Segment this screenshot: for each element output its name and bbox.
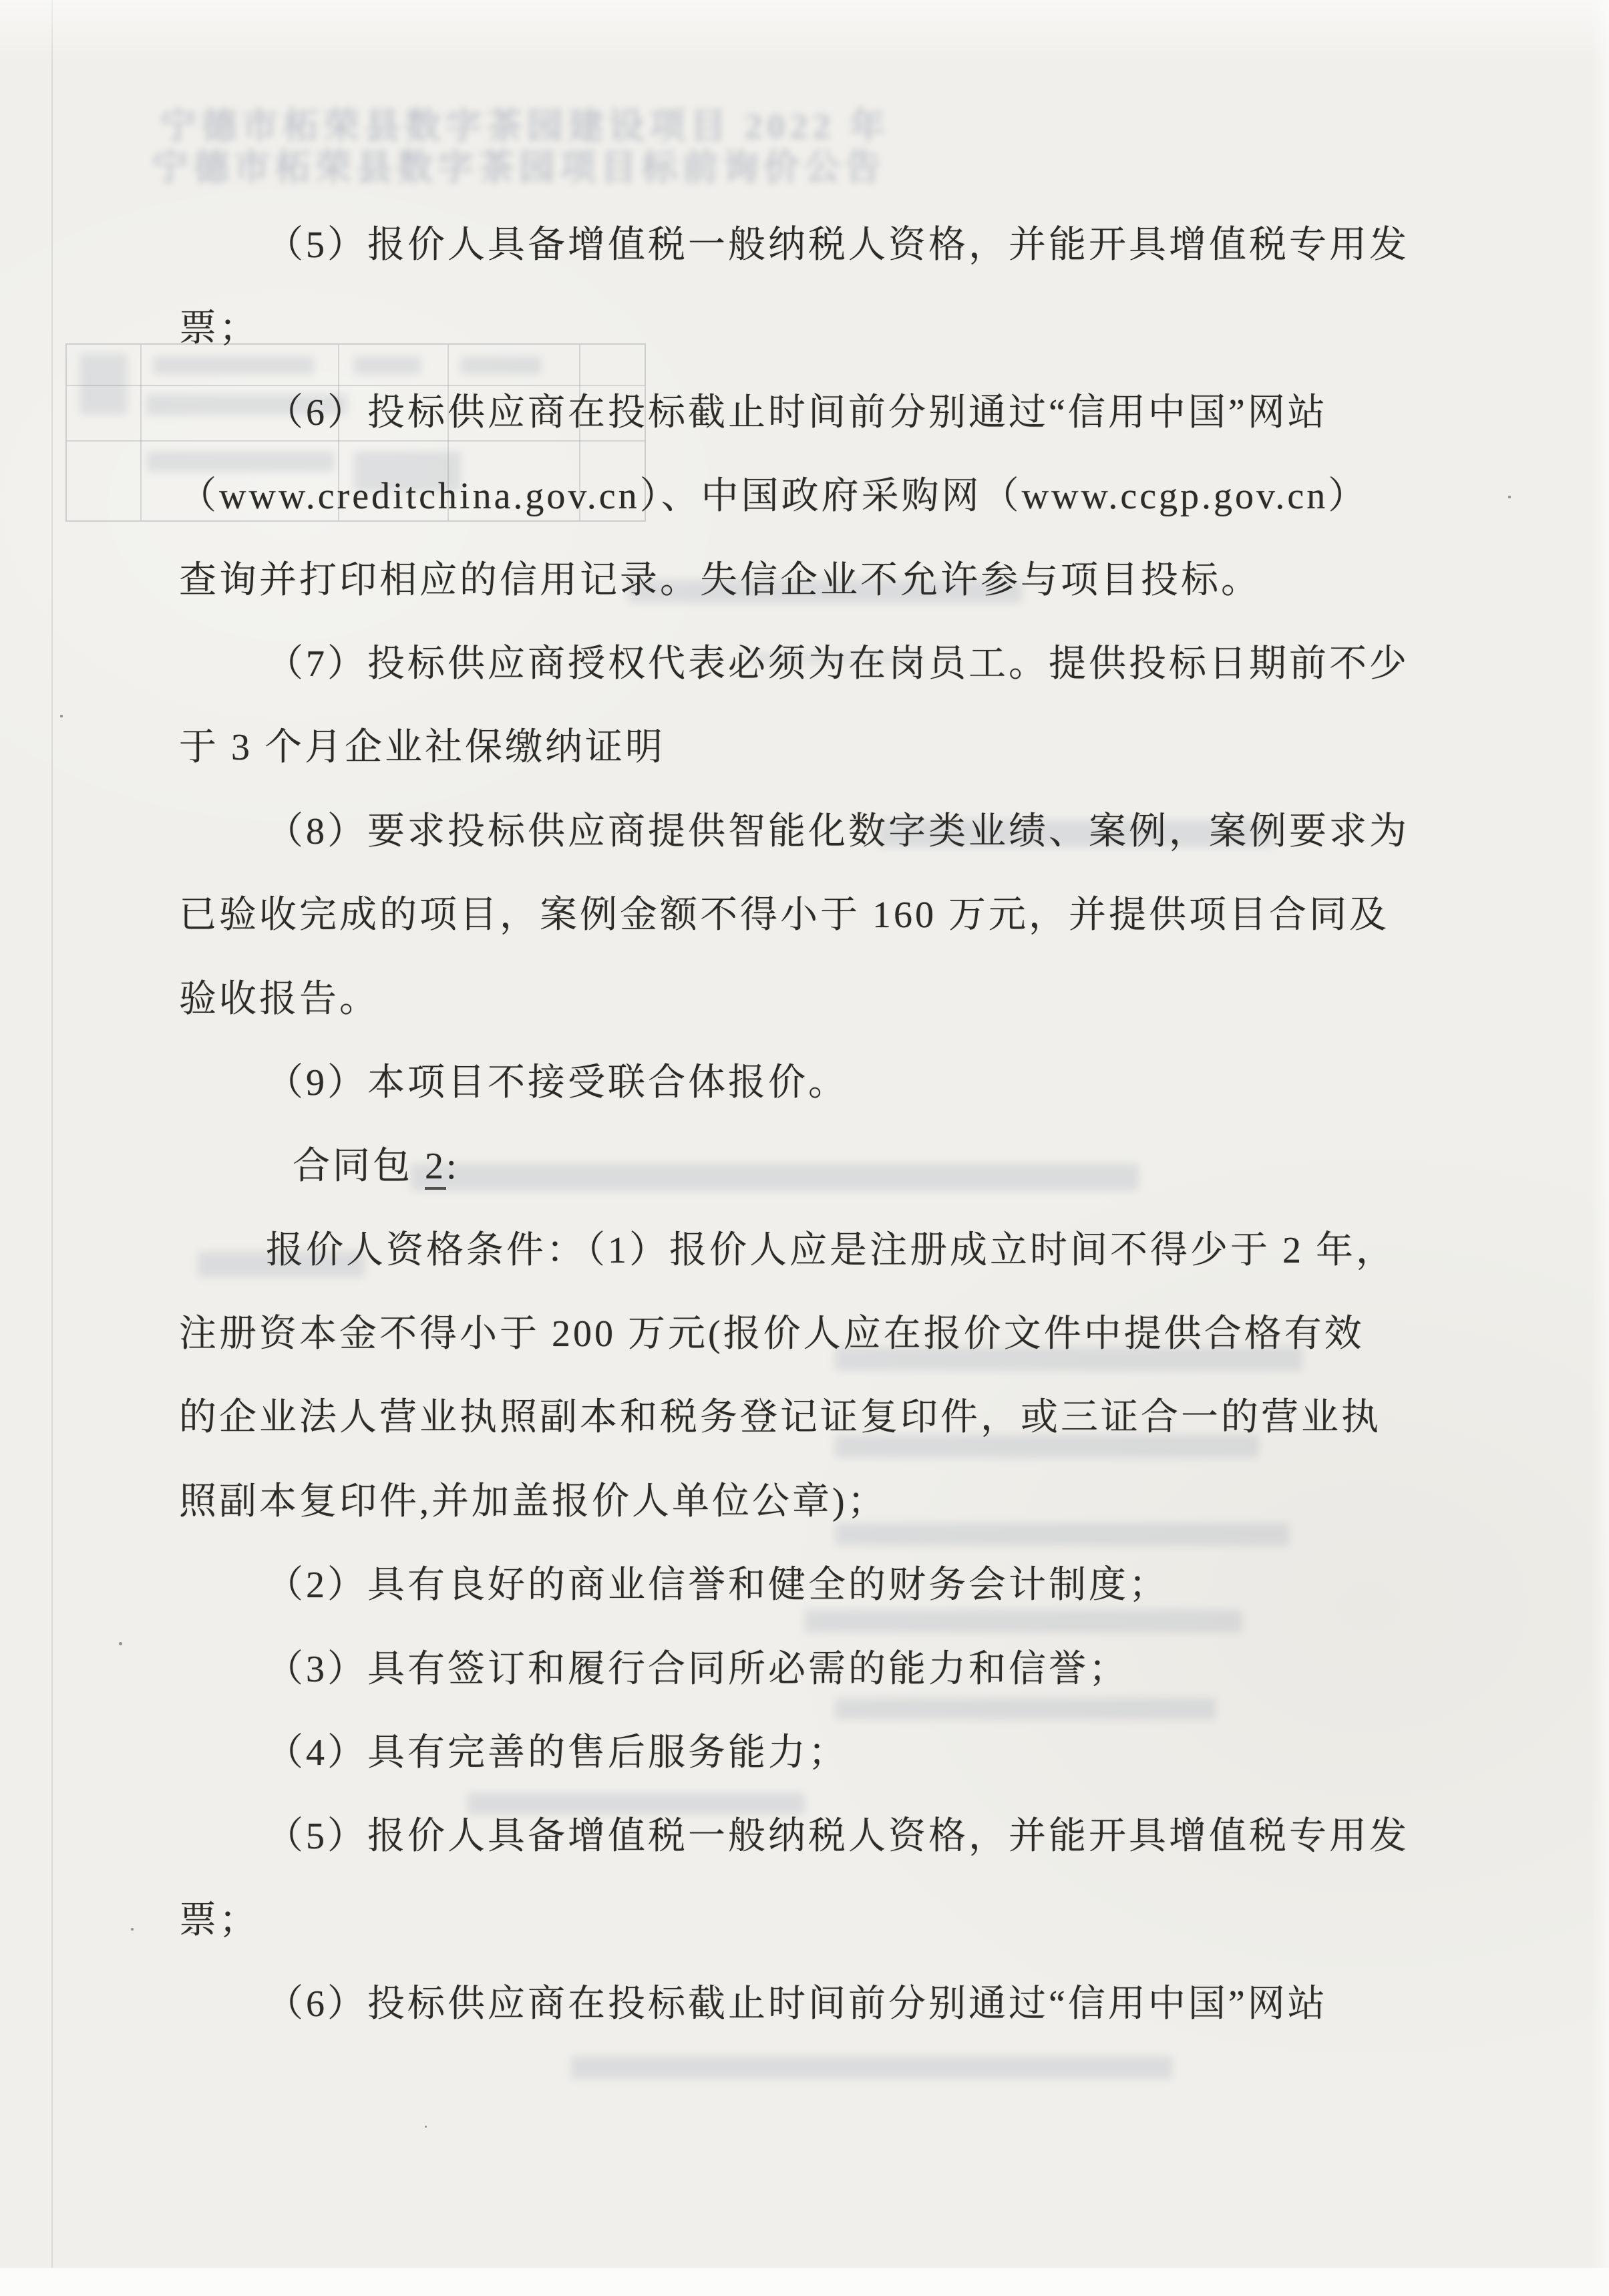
doc-line: （www.creditchina.gov.cn）、中国政府采购网（www.ccg… (179, 455, 1435, 538)
doc-line: 已验收完成的项目，案例金额不得小于 160 万元，并提供项目合同及 (179, 874, 1435, 957)
scan-speck (1508, 496, 1511, 498)
scan-speck (425, 2126, 427, 2128)
doc-line: 查询并打印相应的信用记录。失信企业不允许参与项目投标。 (179, 539, 1435, 623)
bleedthrough-smudge (571, 2056, 1172, 2079)
doc-line: （5）报价人具备增值税一般纳税人资格，并能开具增值税专用发 (179, 204, 1435, 287)
scan-edge-strip (0, 2268, 1609, 2296)
scan-speck (131, 1928, 134, 1931)
doc-line: 报价人资格条件：（1）报价人应是注册成立时间不得少于 2 年， (179, 1209, 1435, 1293)
scan-edge-fade (0, 0, 1609, 63)
doc-line: （6）投标供应商在投标截止时间前分别通过“信用中国”网站 (179, 1963, 1435, 2046)
doc-line: （9）本项目不接受联合体报价。 (179, 1041, 1435, 1125)
doc-line: （3）具有签订和履行合同所必需的能力和信誉； (179, 1628, 1435, 1711)
doc-line: （5）报价人具备增值税一般纳税人资格，并能开具增值税专用发 (179, 1795, 1435, 1878)
bleedthrough-smudge (80, 354, 127, 414)
bleedthrough-table-line (140, 345, 142, 520)
scan-speck (119, 1642, 122, 1645)
document-body: （5）报价人具备增值税一般纳税人资格，并能开具增值税专用发 票； （6）投标供应… (179, 204, 1435, 2047)
doc-line: （2）具有良好的商业信誉和健全的财务会计制度； (179, 1544, 1435, 1627)
doc-line: （6）投标供应商在投标截止时间前分别通过“信用中国”网站 (179, 371, 1435, 455)
contract-pack-number: 2 (425, 1146, 446, 1190)
scanned-document-page: 宁德市柘荣县数字茶园建设项目 2022 年 宁德市柘荣县数字茶园项目标前询价公告 (0, 0, 1609, 2296)
scan-speck (60, 715, 63, 717)
scan-fold-line (51, 0, 53, 2296)
doc-line: 于 3 个月企业社保缴纳证明 (179, 706, 1435, 790)
doc-line: 验收报告。 (179, 958, 1435, 1041)
doc-line: 的企业法人营业执照副本和税务登记证复印件，或三证合一的营业执 (179, 1376, 1435, 1460)
doc-line: 照副本复印件,并加盖报价人单位公章)； (179, 1460, 1435, 1544)
doc-line: 票； (179, 1879, 1435, 1963)
doc-line-contract-pack: 合同包 2: (179, 1125, 1435, 1208)
doc-line: （4）具有完善的售后服务能力； (179, 1711, 1435, 1795)
bleedthrough-title-line2: 宁德市柘荣县数字茶园项目标前询价公告 (152, 139, 886, 190)
doc-line: 注册资本金不得小于 200 万元(报价人应在报价文件中提供合格有效 (179, 1293, 1435, 1376)
scan-edge-fade (1590, 0, 1609, 2296)
doc-line: （8）要求投标供应商提供智能化数字类业绩、案例，案例要求为 (179, 790, 1435, 874)
doc-line: 票； (179, 287, 1435, 371)
doc-line: （7）投标供应商授权代表必须为在岗员工。提供投标日期前不少 (179, 623, 1435, 706)
contract-pack-suffix: : (446, 1146, 460, 1187)
contract-pack-prefix: 合同包 (293, 1146, 425, 1187)
